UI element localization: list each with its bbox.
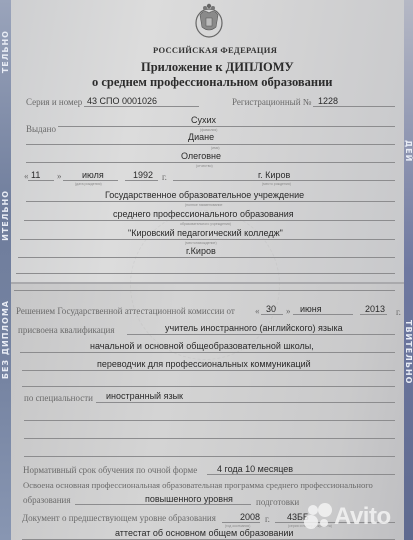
patronymic-value: Олеговне (181, 151, 221, 161)
institution-line3-underline (20, 239, 395, 240)
blank-line-1 (16, 273, 395, 274)
commission-day-underline (261, 314, 283, 315)
patronymic-caption: (отчество) (196, 164, 213, 168)
russian-coat-of-arms-icon (194, 3, 224, 39)
specialty-label: по специальности (24, 393, 93, 403)
birth-date-caption: (дата рождения) (75, 182, 102, 186)
prior-document-year-underline (222, 522, 260, 523)
birth-day-underline (28, 180, 54, 181)
series-label: Серия и номер (26, 97, 82, 107)
blank-line-5 (24, 438, 395, 439)
program-level-value: повышенного уровня (145, 494, 233, 504)
birth-month-underline (63, 180, 118, 181)
blank-line-2 (14, 290, 395, 291)
qualification-line2-underline (20, 352, 395, 353)
country-heading: РОССИЙСКАЯ ФЕДЕРАЦИЯ (153, 45, 277, 55)
birth-month-value: июля (82, 170, 104, 180)
institution-line4-underline (18, 257, 395, 258)
document-title-line2: о среднем профессиональном образовании (92, 75, 333, 90)
program-description: Освоена основная профессиональная образо… (23, 480, 373, 490)
name-value: Диане (188, 132, 214, 142)
institution-line2: среднего профессионального образования (113, 209, 294, 219)
series-underline (84, 106, 199, 107)
commission-year-suffix: г. (396, 307, 401, 317)
study-term-label: Нормативный срок обучения по очной форме (23, 465, 197, 475)
institution-line1-caption: (полное наименование (185, 203, 222, 207)
birth-place-underline (173, 180, 395, 181)
strip-text-right-top: ДЕЙ (404, 140, 413, 162)
blank-line-4 (24, 420, 395, 421)
left-security-strip: ТЕЛЬНО ИТЕЛЬНО БЕЗ ДИПЛОМА (0, 0, 11, 540)
specialty-underline (96, 402, 395, 403)
commission-close-quote: » (286, 306, 291, 316)
name-underline (26, 144, 395, 145)
commission-month-value: июня (300, 304, 322, 314)
prior-document-type-value: аттестат об основном общем образовании (115, 528, 293, 538)
strip-text-left-mid: ИТЕЛЬНО (1, 190, 10, 241)
birth-year-underline (125, 180, 158, 181)
commission-open-quote: « (255, 306, 260, 316)
avito-brand-text: Avito (334, 503, 391, 531)
registration-value: 1228 (318, 96, 338, 106)
birth-day-value: 11 (31, 170, 40, 180)
avito-logo-icon (304, 503, 334, 531)
strip-text-right-bottom: ТВИТЕЛЬНО (404, 320, 413, 384)
registration-underline (313, 106, 395, 107)
study-term-value: 4 года 10 месяцев (217, 464, 293, 474)
surname-value: Сухих (191, 115, 216, 125)
blank-line-3 (22, 386, 395, 387)
program-suffix: подготовки (256, 497, 299, 507)
qualification-line1: учитель иностранного (английского) языка (165, 323, 343, 333)
commission-day-value: 30 (266, 304, 276, 314)
qualification-label: присвоена квалификация (18, 325, 115, 335)
birth-close-quote: » (57, 171, 62, 181)
blank-line-6 (24, 456, 395, 457)
right-security-strip: ДЕЙ ТВИТЕЛЬНО (404, 0, 413, 540)
institution-line2-caption: образовательного учреждения) (180, 222, 231, 226)
prior-document-label: Документ о предшествующем уровне образов… (22, 513, 216, 523)
series-value: 43 СПО 0001026 (87, 96, 157, 106)
institution-line2-underline (24, 220, 395, 221)
strip-text-left-top: ТЕЛЬНО (1, 30, 10, 73)
institution-city: г.Киров (186, 246, 216, 256)
birth-year-value: 1992 (133, 170, 153, 180)
birth-year-suffix: г. (162, 172, 167, 182)
document-title-line1: Приложение к ДИПЛОМУ (141, 60, 294, 75)
institution-line3: "Кировский педагогический колледж" (128, 228, 283, 238)
specialty-value: иностранный язык (106, 391, 183, 401)
study-term-underline (207, 474, 395, 475)
commission-label: Решением Государственной аттестационной … (16, 306, 235, 316)
commission-month-underline (293, 314, 353, 315)
commission-year-underline (360, 314, 387, 315)
qualification-line2: начальной и основной общеобразовательной… (90, 341, 314, 351)
birth-place-value: г. Киров (258, 170, 290, 180)
qualification-line1-underline (127, 334, 395, 335)
patronymic-underline (26, 162, 395, 163)
registration-label: Регистрационный № (232, 97, 311, 107)
prior-document-year-value: 2008 (240, 512, 260, 522)
diploma-supplement-page: ТЕЛЬНО ИТЕЛЬНО БЕЗ ДИПЛОМА ДЕЙ ТВИТЕЛЬНО… (0, 0, 413, 540)
surname-underline (58, 126, 395, 127)
institution-line3-caption: (местонахождение) (185, 241, 217, 245)
prior-document-year-suffix: г. (265, 514, 270, 524)
program-level-underline (75, 504, 251, 505)
avito-watermark: Avito (304, 503, 391, 531)
qualification-line3: переводчик для профессиональных коммуник… (97, 359, 311, 369)
commission-year-value: 2013 (365, 304, 385, 314)
qualification-line3-underline (22, 370, 395, 371)
institution-line1: Государственное образовательное учрежден… (105, 190, 304, 200)
birth-place-caption: (место рождения) (262, 182, 291, 186)
strip-text-left-bottom: БЕЗ ДИПЛОМА (1, 300, 10, 379)
name-caption: (имя) (211, 146, 220, 150)
program-label: образования (23, 495, 70, 505)
institution-line1-underline (26, 201, 395, 202)
issued-to-label: Выдано (26, 124, 56, 134)
